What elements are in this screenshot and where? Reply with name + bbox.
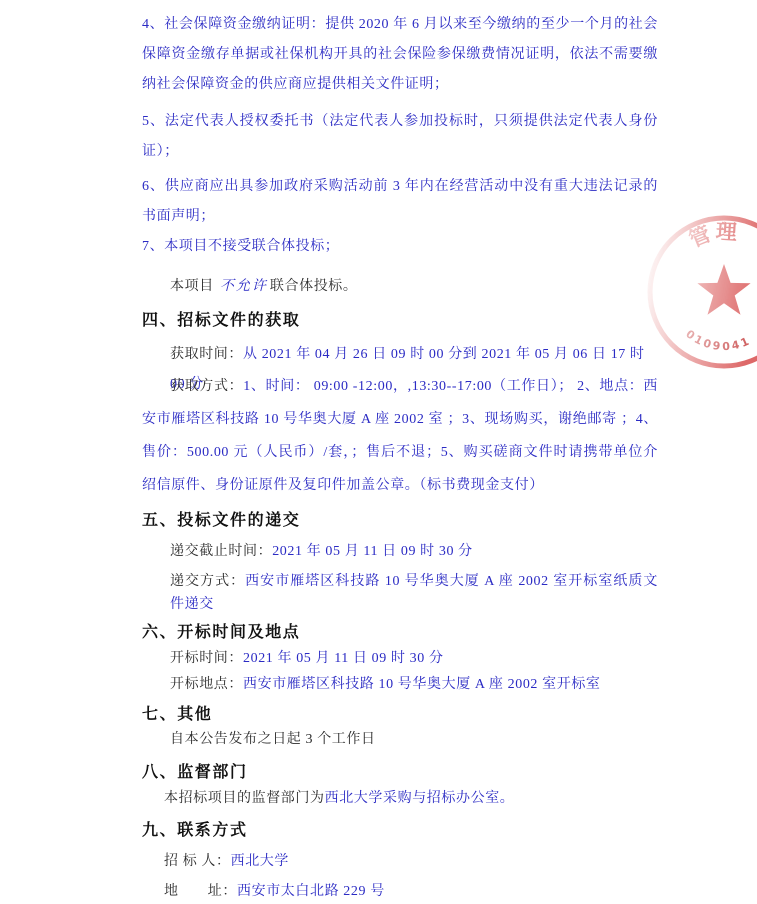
field-submission-deadline: 递交截止时间：2021 年 05 月 11 日 09 时 30 分 (170, 537, 658, 567)
requirement-item-6: 6、供应商应出具参加政府采购活动前 3 年内在经营活动中没有重大违法记录的书面声… (142, 172, 658, 232)
joint-bid-statement: 本项目 不允许联合体投标。 (170, 272, 658, 302)
obtain-method-label: 获取方式： (170, 379, 243, 394)
requirement-item-5: 5、法定代表人授权委托书（法定代表人参加投标时，只须提供法定代表人身份证）； (142, 107, 658, 167)
opening-place-value: 西安市雁塔区科技路 10 号华奥大厦 A 座 2002 室开标室 (243, 677, 601, 692)
tenderee-value: 西北大学 (231, 854, 289, 869)
seal-serial: 0109041 (683, 327, 753, 353)
star-icon (697, 264, 750, 315)
svg-text:0109041: 0109041 (683, 327, 753, 353)
requirement-item-7: 7、本项目不接受联合体投标； (142, 232, 658, 262)
tender-announcement-page: 4、社会保障资金缴纳证明：提供 2020 年 6 月以来至今缴纳的至少一个月的社… (0, 0, 757, 904)
field-address: 地 址：西安市太白北路 229 号 (164, 877, 658, 904)
obtain-time-label: 获取时间： (170, 347, 243, 362)
field-submission-method: 递交方式：西安市雁塔区科技路 10 号华奥大厦 A 座 2002 室开标室纸质文… (170, 570, 658, 616)
opening-time-label: 开标时间： (170, 651, 243, 666)
section-heading-bid-opening: 六、开标时间及地点 (142, 621, 658, 645)
field-tenderee: 招 标 人：西北大学 (164, 847, 658, 877)
joint-bid-emphasis: 不允许 (218, 279, 270, 294)
joint-bid-prefix: 本项目 (170, 279, 218, 294)
tenderee-label: 招 标 人： (164, 854, 231, 869)
official-seal-stamp: 管理 0109041 (644, 212, 757, 372)
section-heading-document-obtain: 四、招标文件的获取 (142, 309, 658, 333)
address-label: 地 址： (164, 884, 237, 899)
submission-deadline-label: 递交截止时间： (170, 544, 272, 559)
section-heading-other: 七、其他 (142, 703, 658, 727)
seal-graphic: 管理 0109041 (644, 212, 757, 372)
address-value: 西安市太白北路 229 号 (237, 884, 385, 899)
section-heading-supervision: 八、监督部门 (142, 761, 658, 785)
requirement-item-4: 4、社会保障资金缴纳证明：提供 2020 年 6 月以来至今缴纳的至少一个月的社… (142, 10, 658, 100)
section-heading-bid-submission: 五、投标文件的递交 (142, 509, 658, 533)
field-obtain-method: 获取方式：1、时间： 09:00 -12:00，,13:30--17:00（工作… (142, 370, 658, 502)
supervision-office: 西北大学采购与招标办公室。 (325, 791, 515, 806)
obtain-method-value: 1、时间： 09:00 -12:00，,13:30--17:00（工作日）； 2… (142, 379, 658, 493)
submission-method-label: 递交方式： (170, 574, 245, 589)
field-opening-place: 开标地点：西安市雁塔区科技路 10 号华奥大厦 A 座 2002 室开标室 (170, 670, 658, 700)
supervision-body: 本招标项目的监督部门为西北大学采购与招标办公室。 (164, 784, 658, 814)
opening-time-value: 2021 年 05 月 11 日 09 时 30 分 (243, 651, 444, 666)
joint-bid-suffix: 联合体投标。 (270, 279, 358, 294)
opening-place-label: 开标地点： (170, 677, 243, 692)
supervision-label: 本招标项目的监督部门为 (164, 791, 325, 806)
section-heading-contact: 九、联系方式 (142, 819, 658, 843)
submission-deadline-value: 2021 年 05 月 11 日 09 时 30 分 (272, 544, 473, 559)
other-note: 自本公告发布之日起 3 个工作日 (170, 725, 658, 755)
